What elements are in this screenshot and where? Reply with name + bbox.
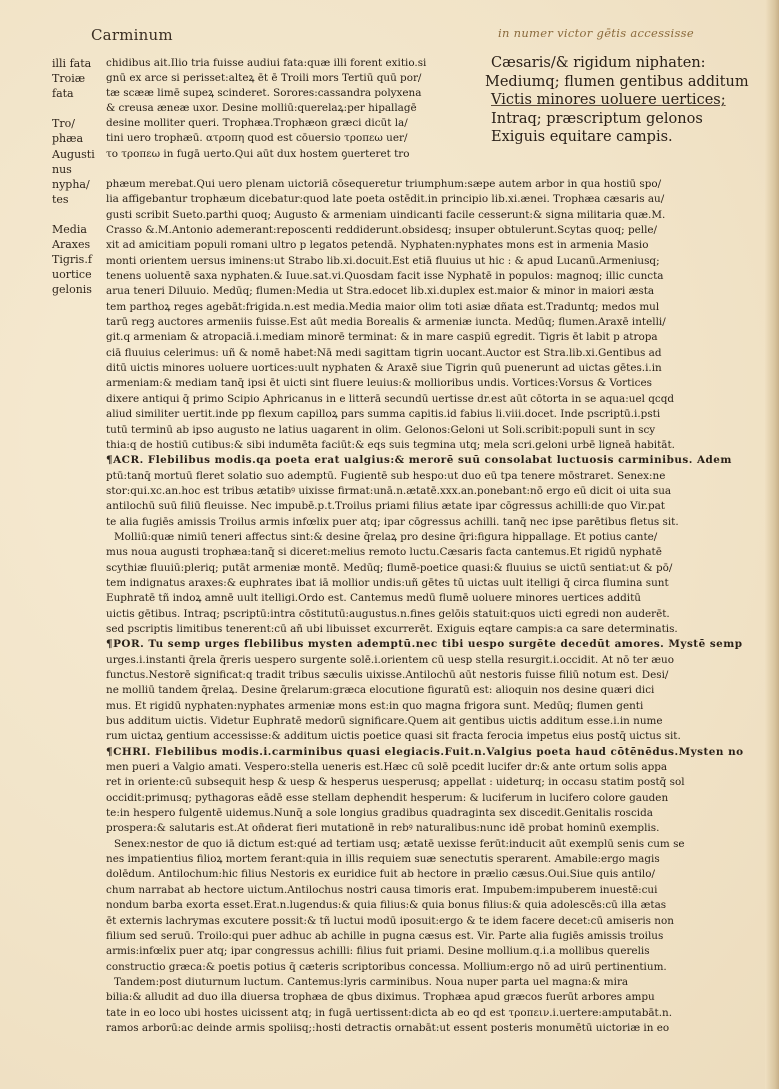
verse-line: Exiguis equitare campis. <box>491 128 761 147</box>
commentary-line: ret in oriente:cū subsequit hesp & uesp … <box>106 775 766 790</box>
commentary-line: te alia fugiēs amissis Troilus armis inf… <box>106 515 766 530</box>
commentary-line: Euphratē tñ indoꝝ amnē uult itelligi.Ord… <box>106 591 766 606</box>
commentary-line: tæ scææ limē supeꝝ scinderet. Sorores:ca… <box>106 86 484 101</box>
commentary-line: tem indignatus araxes:& euphrates ibat i… <box>106 576 766 591</box>
margin-note <box>52 101 98 116</box>
commentary-line: armis:infœlix puer atq; ipar congressus … <box>106 944 766 959</box>
commentary-line: gusti scribit Sueto.parthi quoq; Augusto… <box>106 208 766 223</box>
margin-notes: illi fataTroiæfata Tro/phæaAugustinusnyp… <box>52 56 98 298</box>
commentary-line: tutū terminū ab ipso augusto ne latius u… <box>106 423 766 438</box>
commentary-line: mus noua augusti trophæa:tanq̄ si dicere… <box>106 545 766 560</box>
commentary-line: functus.Nestorē significat:q tradit trib… <box>106 668 766 683</box>
commentary-line: phæum merebat.Qui uero plenam uictoriā c… <box>106 177 766 192</box>
verse-line: Mediumq; flumen gentibus additum <box>485 73 761 92</box>
commentary-line: gnū ex arce si perisset:alteꝝ ēt ē Troil… <box>106 71 484 86</box>
commentary-line: tem parthoꝝ reges agebāt:frigida.n.est m… <box>106 300 766 315</box>
margin-note: phæa <box>52 131 98 146</box>
commentary-line: Crasso &.M.Antonio ademerant:reposcenti … <box>106 223 766 238</box>
commentary-line: urges.i.instanti q̄rela q̄reris uespero … <box>106 653 766 668</box>
commentary-line: lia affigebantur trophæum dicebatur:quod… <box>106 192 766 207</box>
commentary-line: Molliū:quæ nimiū teneri affectus sint:& … <box>106 530 766 545</box>
commentary-line: ciā fluuius celerimus: uñ & nomē habet:N… <box>106 346 766 361</box>
commentary-line: scythiæ fluuiū:pleriq; putāt armeniæ mon… <box>106 561 766 576</box>
commentary-top: chidibus ait.Ilio tria fuisse audiui fat… <box>106 56 484 162</box>
commentary-line: men pueri a Valgio amati. Vespero:stella… <box>106 760 766 775</box>
book-page: Carminum in numer victor gētis accessiss… <box>0 0 779 1089</box>
margin-note: fata <box>52 86 98 101</box>
commentary-line: armeniam:& mediam tanq̄ ipsi ēt uicti si… <box>106 376 766 391</box>
margin-note: Media <box>52 222 98 237</box>
commentary-line: dixere antiqui q̄ primo Scipio Aphricanu… <box>106 392 766 407</box>
margin-note: nus <box>52 162 98 177</box>
running-head: Carminum <box>91 26 173 44</box>
commentary-line: ditū uictis minores uoluere uortices:uul… <box>106 361 766 376</box>
commentary-line: & creusa æneæ uxor. Desine molliū:querel… <box>106 101 484 116</box>
commentary-line: aliud similiter uertit.inde pp flexum ca… <box>106 407 766 422</box>
commentary-line: prospera:& salutaris est.At oñderat fier… <box>106 821 766 836</box>
margin-note <box>52 207 98 222</box>
page-edge <box>765 0 779 1089</box>
commentary-main: phæum merebat.Qui uero plenam uictoriā c… <box>106 177 766 1036</box>
margin-note: Araxes <box>52 237 98 252</box>
margin-note: uortice <box>52 267 98 282</box>
verse-line: Victis minores uoluere uertices; <box>491 91 761 110</box>
commentary-line: nes impatientius filioꝝ mortem ferant:qu… <box>106 852 766 867</box>
margin-note: Tigris.f <box>52 252 98 267</box>
commentary-line: Tandem:post diuturnum luctum. Cantemus:l… <box>106 975 766 990</box>
commentary-line: thia:q de hostiū cutibus:& sibi indumēta… <box>106 438 766 453</box>
margin-note: gelonis <box>52 282 98 297</box>
commentary-line: mus. Et rigidū nyphaten:nyphates armeniæ… <box>106 699 766 714</box>
commentary-line: bilia:& alludit ad duo illa diuersa trop… <box>106 990 766 1005</box>
commentary-line: tenens uoluentē saxa nyphaten.& Iuue.sat… <box>106 269 766 284</box>
handwritten-annotation: in numer victor gētis accessisse <box>498 26 694 40</box>
verse-line: Cæsaris/& rigidum niphaten: <box>491 54 761 73</box>
margin-note: nypha/ <box>52 177 98 192</box>
verse-line: Intraq; præscriptum gelonos <box>491 110 761 129</box>
commentary-line: filium sed seruū. Troilo:qui puer adhuc … <box>106 929 766 944</box>
commentary-line: constructio græca:& poetis potius q̄ cæt… <box>106 960 766 975</box>
commentary-line: ¶CHRI. Flebilibus modis.i.carminibus qua… <box>106 745 766 760</box>
commentary-line: arua teneri Diluuio. Medūq; flumen:Media… <box>106 284 766 299</box>
commentary-line: xit ad amicitiam populi romani ultro p l… <box>106 238 766 253</box>
commentary-line: ptū:tanq̄ mortuū fleret solatio suo adem… <box>106 469 766 484</box>
margin-note: Troiæ <box>52 71 98 86</box>
commentary-line: tate in eo loco ubi hostes uicissent atq… <box>106 1006 766 1021</box>
commentary-line: chum narrabat ab hectore uictum.Antiloch… <box>106 883 766 898</box>
commentary-line: tarū regꝫ auctores armeniis fuisse.Est a… <box>106 315 766 330</box>
commentary-line: desine molliter queri. Trophæa.Trophæon … <box>106 116 484 131</box>
commentary-line: Senex:nestor de quo iā dictum est:qué ad… <box>106 837 766 852</box>
commentary-line: bus additum uictis. Videtur Euphratē med… <box>106 714 766 729</box>
commentary-line: ¶ACR. Flebilibus modis.qa poeta erat ual… <box>106 453 766 468</box>
commentary-line: nondum barba exorta esset.Erat.n.lugendu… <box>106 898 766 913</box>
margin-note: Augusti <box>52 147 98 162</box>
commentary-line: rum uictaꝝ gentium accessisse:& additum … <box>106 729 766 744</box>
commentary-line: tini uero trophæū. ατροπη quod est cōuer… <box>106 131 484 146</box>
margin-note: Tro/ <box>52 116 98 131</box>
verse-block: Cæsaris/& rigidum niphaten: Mediumq; flu… <box>491 54 761 147</box>
commentary-line: dolēdum. Antilochum:hic filius Nestoris … <box>106 867 766 882</box>
commentary-line: stor:qui.xc.an.hoc est tribus ætatibꝰ ui… <box>106 484 766 499</box>
commentary-line: git.q armeniam & atropaciā.i.mediam mino… <box>106 330 766 345</box>
commentary-line: ¶POR. Tu semp urges flebilibus mysten ad… <box>106 637 766 652</box>
margin-note: tes <box>52 192 98 207</box>
commentary-line: ne molliū tandem q̄relaꝝ. Desine q̄relar… <box>106 683 766 698</box>
margin-note: illi fata <box>52 56 98 71</box>
commentary-line: ramos arborū:ac deinde armis spoliisq;:h… <box>106 1021 766 1036</box>
commentary-line: uictis gētibus. Intraq; pscriptū:intra c… <box>106 607 766 622</box>
commentary-line: sed pscriptis limitibus tenerent:cū añ u… <box>106 622 766 637</box>
commentary-line: το τροπεω in fugā uerto.Qui aūt dux host… <box>106 147 484 162</box>
commentary-line: chidibus ait.Ilio tria fuisse audiui fat… <box>106 56 484 71</box>
commentary-line: monti orientem uersus iminens:ut Strabo … <box>106 254 766 269</box>
commentary-line: antilochū suū filiū fleuisse. Nec impubē… <box>106 499 766 514</box>
commentary-line: occidit:primusq; pythagoras eādē esse st… <box>106 791 766 806</box>
commentary-line: te:in hespero fulgentē uidemus.Nunq̄ a s… <box>106 806 766 821</box>
commentary-line: ēt externis lachrymas excutere possit:& … <box>106 914 766 929</box>
